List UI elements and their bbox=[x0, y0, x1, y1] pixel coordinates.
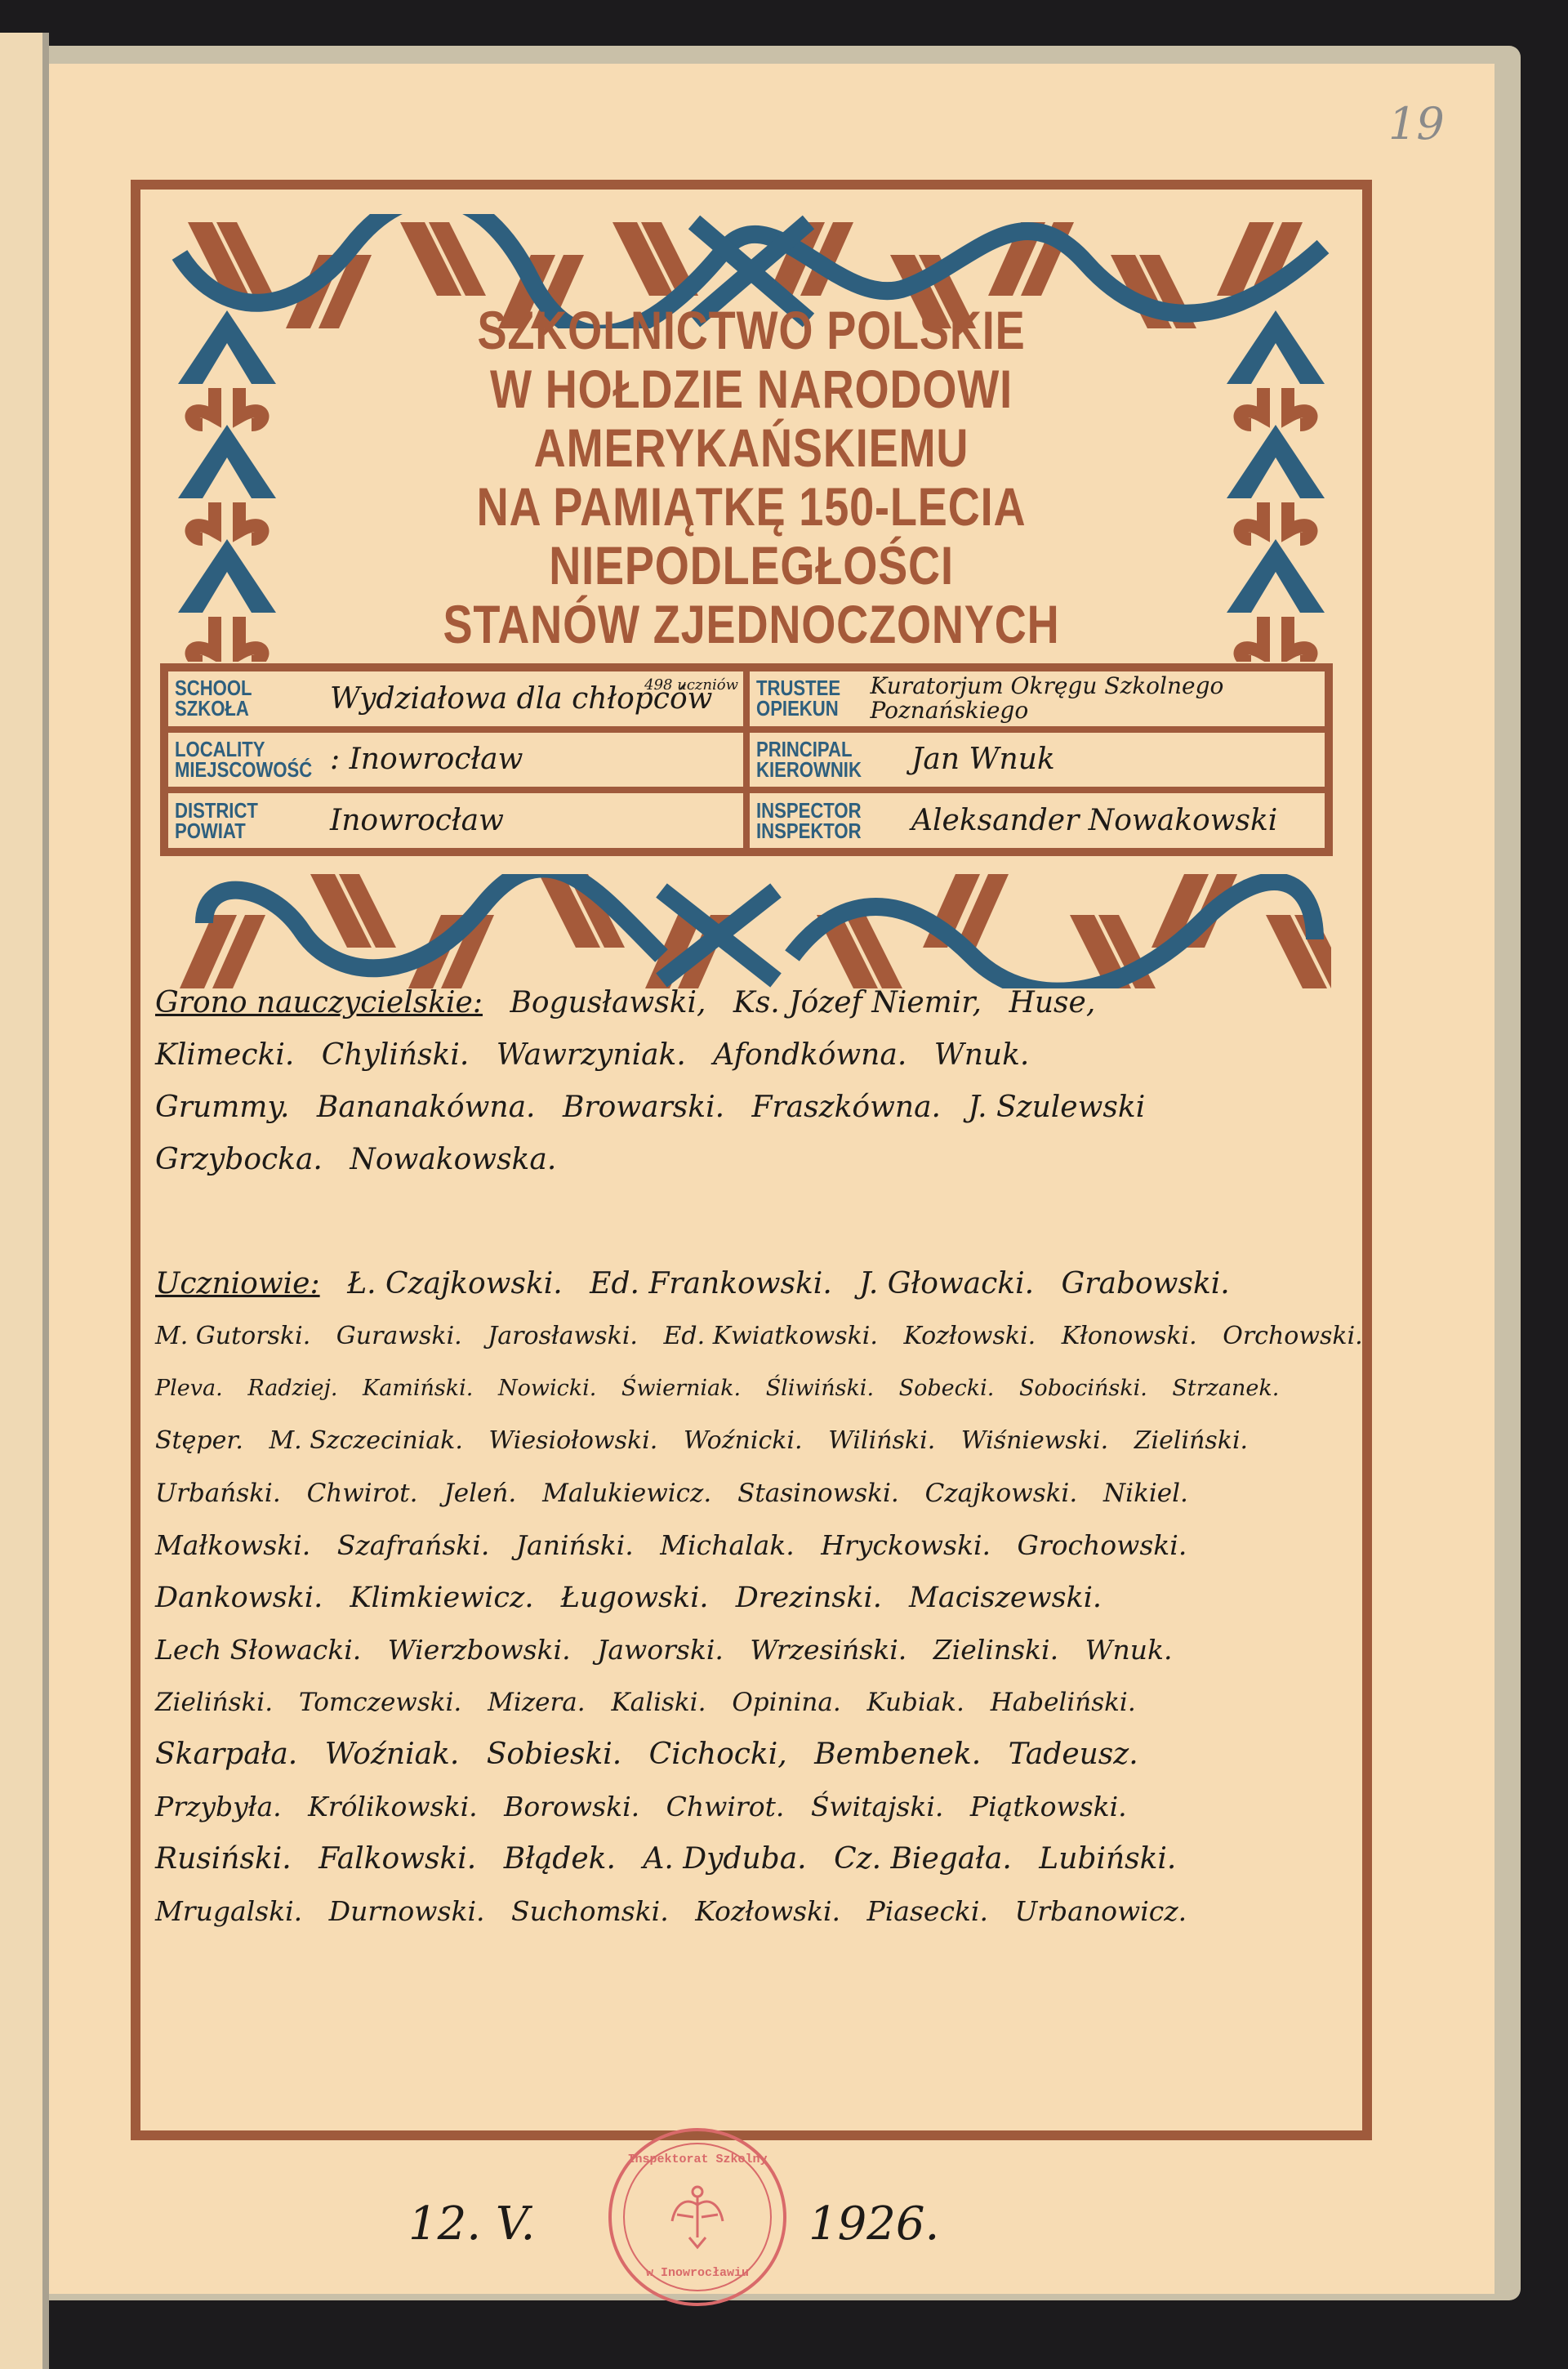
student-name: Mrugalski. bbox=[155, 1895, 302, 1927]
student-name: Jarosławski. bbox=[488, 1322, 638, 1350]
students-line: M. Gutorski. Gurawski. Jarosławski. Ed. … bbox=[155, 1310, 1364, 1363]
student-name: Królikowski. bbox=[308, 1791, 478, 1822]
locality-cell: LOCALITYMIEJSCOWOŚĆ : Inowrocław bbox=[168, 733, 743, 787]
teacher-name: Wnuk. bbox=[934, 1038, 1030, 1072]
locality-label-pl: MIEJSCOWOŚĆ bbox=[175, 760, 300, 780]
teachers-section: Grono nauczycielskie: Bogusławski, Ks. J… bbox=[155, 977, 1364, 1186]
student-name: Sobecki. bbox=[899, 1376, 995, 1401]
teacher-name: Bananakówna. bbox=[317, 1091, 536, 1124]
student-name: Tomczewski. bbox=[299, 1688, 461, 1717]
teachers-line: Grzybocka. Nowakowska. bbox=[155, 1134, 1364, 1186]
teacher-name: Huse, bbox=[1009, 986, 1095, 1019]
district-label-pl: POWIAT bbox=[175, 821, 300, 841]
teacher-name: Bogusławski, bbox=[510, 986, 706, 1019]
student-name: Wrzesiński. bbox=[750, 1634, 906, 1666]
student-name: Hryckowski. bbox=[821, 1529, 991, 1561]
student-name: Błądek. bbox=[504, 1842, 616, 1876]
student-name: Świtajski. bbox=[811, 1791, 944, 1822]
student-name: Malukiewicz. bbox=[542, 1479, 711, 1508]
students-line: Stęper. M. Szczeciniak. Wiesiołowski. Wo… bbox=[155, 1415, 1364, 1467]
school-cell: SCHOOLSZKOŁA Wydziałowa dla chłopców 498… bbox=[168, 671, 743, 726]
date-day-month: 12. V. bbox=[408, 2197, 535, 2251]
students-line: Pleva. Radziej. Kamiński. Nowicki. Świer… bbox=[155, 1363, 1364, 1415]
district-cell: DISTRICTPOWIAT Inowrocław bbox=[168, 793, 743, 848]
student-name: Wierzbowski. bbox=[388, 1634, 571, 1666]
student-name: Opinina. bbox=[732, 1688, 840, 1717]
title-line: STANÓW ZJEDNOCZONYCH bbox=[376, 595, 1126, 654]
student-name: Sobieski. bbox=[487, 1738, 621, 1771]
locality-value: : Inowrocław bbox=[330, 743, 523, 776]
teacher-name: Grzybocka. bbox=[155, 1143, 323, 1176]
teacher-name: Grummy. bbox=[155, 1091, 289, 1124]
teachers-line: Grono nauczycielskie: Bogusławski, Ks. J… bbox=[155, 977, 1364, 1029]
student-name: Małkowski. bbox=[155, 1529, 310, 1561]
student-name: Habeliński. bbox=[991, 1688, 1136, 1717]
student-name: Kamiński. bbox=[363, 1376, 473, 1401]
student-name: Wiśniewski. bbox=[961, 1426, 1108, 1455]
student-name: Nowicki. bbox=[498, 1376, 596, 1401]
trustee-value: Kuratorjum Okręgu Szkolnego Poznańskiego bbox=[870, 674, 1318, 723]
district-value: Inowrocław bbox=[330, 804, 504, 837]
student-name: Kozłowski. bbox=[904, 1322, 1036, 1350]
student-name: Śliwiński. bbox=[766, 1376, 874, 1401]
inspector-cell: INSPECTORINSPEKTOR Aleksander Nowakowski bbox=[750, 793, 1325, 848]
students-line: Mrugalski. Durnowski. Suchomski. Kozłows… bbox=[155, 1885, 1364, 1938]
student-name: Czajkowski. bbox=[925, 1479, 1078, 1508]
student-name: Stasinowski. bbox=[737, 1479, 899, 1508]
student-name: Ed. Kwiatkowski. bbox=[664, 1322, 878, 1350]
student-name: Ed. Frankowski. bbox=[590, 1267, 832, 1300]
students-line: Małkowski. Szafrański. Janiński. Michala… bbox=[155, 1519, 1364, 1572]
title-line: NIEPODLEGŁOŚCI bbox=[376, 536, 1126, 595]
student-name: Kozłowski. bbox=[695, 1895, 840, 1927]
student-name: Jeleń. bbox=[443, 1479, 516, 1508]
student-name: J. Głowacki. bbox=[859, 1267, 1034, 1300]
student-name: Sobociński. bbox=[1019, 1376, 1147, 1401]
student-name: Lubiński. bbox=[1039, 1842, 1176, 1876]
teacher-name: J. Szulewski bbox=[968, 1091, 1145, 1124]
teacher-name: Fraszkówna. bbox=[751, 1091, 941, 1124]
student-name: Wiliński. bbox=[828, 1426, 935, 1455]
student-name: Zieliński. bbox=[155, 1688, 273, 1717]
students-line: Zieliński. Tomczewski. Mizera. Kaliski. … bbox=[155, 1676, 1364, 1729]
student-name: Świerniak. bbox=[621, 1376, 741, 1401]
student-name: Janiński. bbox=[516, 1529, 634, 1561]
teachers-heading: Grono nauczycielskie: bbox=[155, 986, 483, 1019]
teacher-name: Ks. Józef Niemir, bbox=[733, 986, 982, 1019]
student-name: Durnowski. bbox=[329, 1895, 485, 1927]
teacher-name: Browarski. bbox=[563, 1091, 724, 1124]
student-name: Szafrański. bbox=[337, 1529, 490, 1561]
side-ornament-left bbox=[170, 310, 284, 662]
student-name: Kłonowski. bbox=[1062, 1322, 1197, 1350]
side-ornament-right bbox=[1218, 310, 1333, 662]
teachers-line: Klimecki. Chyliński. Wawrzyniak. Afondkó… bbox=[155, 1029, 1364, 1082]
student-name: Lech Słowacki. bbox=[155, 1634, 361, 1666]
title-line: W HOŁDZIE NARODOWI bbox=[376, 359, 1126, 418]
trustee-cell: TRUSTEEOPIEKUN Kuratorjum Okręgu Szkolne… bbox=[750, 671, 1325, 726]
principal-cell: PRINCIPALKIEROWNIK Jan Wnuk bbox=[750, 733, 1325, 787]
teacher-name: Afondkówna. bbox=[713, 1038, 906, 1072]
students-line: Przybyła. Królikowski. Borowski. Chwirot… bbox=[155, 1781, 1364, 1833]
title-line: SZKOLNICTWO POLSKIE bbox=[376, 301, 1126, 359]
student-name: Wiesiołowski. bbox=[488, 1426, 657, 1455]
student-name: Cichocki, bbox=[649, 1738, 787, 1771]
student-name: Wnuk. bbox=[1085, 1634, 1173, 1666]
student-name: Urbański. bbox=[155, 1479, 281, 1508]
student-name: Zielinski. bbox=[933, 1634, 1058, 1666]
students-line: Urbański. Chwirot. Jeleń. Malukiewicz. S… bbox=[155, 1467, 1364, 1519]
document-title: SZKOLNICTWO POLSKIE W HOŁDZIE NARODOWI A… bbox=[376, 301, 1126, 654]
inspector-label-pl: INSPEKTOR bbox=[756, 821, 881, 841]
stamp-top-text: Inspektorat Szkolny bbox=[612, 2153, 783, 2166]
student-name: Tadeusz. bbox=[1009, 1738, 1138, 1771]
wave-ornament-bottom bbox=[171, 874, 1331, 988]
title-line: AMERYKAŃSKIEMU bbox=[376, 418, 1126, 477]
student-name: Klimkiewicz. bbox=[350, 1582, 533, 1614]
student-name: Bembenek. bbox=[814, 1738, 981, 1771]
student-name: Kubiak. bbox=[867, 1688, 964, 1717]
previous-page-edge bbox=[0, 33, 49, 2369]
student-name: Jaworski. bbox=[597, 1634, 724, 1666]
inspector-value: Aleksander Nowakowski bbox=[911, 804, 1277, 837]
students-line: Skarpała. Woźniak. Sobieski. Cichocki, B… bbox=[155, 1729, 1364, 1781]
student-name: Ługowski. bbox=[561, 1582, 709, 1614]
students-line: Rusiński. Falkowski. Błądek. A. Dyduba. … bbox=[155, 1833, 1364, 1885]
student-name: Radziej. bbox=[247, 1376, 337, 1401]
student-name: Zieliński. bbox=[1134, 1426, 1248, 1455]
students-line: Dankowski. Klimkiewicz. Ługowski. Drezin… bbox=[155, 1572, 1364, 1624]
student-name: Orchowski. bbox=[1223, 1322, 1363, 1350]
students-section: Uczniowie: Ł. Czajkowski. Ed. Frankowski… bbox=[155, 1258, 1364, 1938]
student-name: Przybyła. bbox=[155, 1791, 282, 1822]
student-name: Ł. Czajkowski. bbox=[347, 1267, 563, 1300]
principal-value: Jan Wnuk bbox=[911, 743, 1055, 776]
stamp-bottom-text: w Inowrocławiu bbox=[612, 2266, 783, 2280]
student-name: Falkowski. bbox=[318, 1842, 476, 1876]
student-name: Stęper. bbox=[155, 1426, 243, 1455]
student-name: Woźniak. bbox=[325, 1738, 460, 1771]
official-stamp: Inspektorat Szkolny w Inowrocławiu bbox=[608, 2128, 786, 2306]
teachers-line: Grummy. Bananakówna. Browarski. Fraszków… bbox=[155, 1082, 1364, 1134]
student-name: Chwirot. bbox=[307, 1479, 418, 1508]
student-name: Maciszewski. bbox=[909, 1582, 1102, 1614]
principal-label-pl: KIEROWNIK bbox=[756, 760, 881, 780]
school-info-table: SCHOOLSZKOŁA Wydziałowa dla chłopców 498… bbox=[160, 663, 1333, 856]
students-line: Lech Słowacki. Wierzbowski. Jaworski. Wr… bbox=[155, 1624, 1364, 1676]
student-name: M. Gutorski. bbox=[155, 1322, 310, 1350]
student-name: Gurawski. bbox=[336, 1322, 462, 1350]
teacher-name: Chyliński. bbox=[322, 1038, 470, 1072]
student-name: Mizera. bbox=[488, 1688, 586, 1717]
student-name: Suchomski. bbox=[511, 1895, 669, 1927]
folio-number: 19 bbox=[1388, 98, 1445, 149]
student-name: Michalak. bbox=[660, 1529, 794, 1561]
school-label-pl: SZKOŁA bbox=[175, 698, 300, 719]
student-count-note: 498 uczniów bbox=[644, 676, 738, 694]
trustee-label-pl: OPIEKUN bbox=[756, 698, 846, 719]
teacher-name: Nowakowska. bbox=[350, 1143, 556, 1176]
students-line: Uczniowie: Ł. Czajkowski. Ed. Frankowski… bbox=[155, 1258, 1364, 1310]
student-name: Nikiel. bbox=[1103, 1479, 1188, 1508]
student-name: Pleva. bbox=[155, 1376, 223, 1401]
student-name: Kaliski. bbox=[612, 1688, 706, 1717]
student-name: Cz. Biegała. bbox=[834, 1842, 1012, 1876]
student-name: Grochowski. bbox=[1018, 1529, 1187, 1561]
date-year: 1926. bbox=[808, 2197, 939, 2251]
student-name: Rusiński. bbox=[155, 1842, 292, 1876]
eagle-emblem-icon bbox=[669, 2180, 726, 2254]
student-name: Grabowski. bbox=[1062, 1267, 1230, 1300]
student-name: Borowski. bbox=[504, 1791, 639, 1822]
student-name: Drezinski. bbox=[736, 1582, 882, 1614]
student-name: Strzanek. bbox=[1172, 1376, 1279, 1401]
student-name: Chwirot. bbox=[666, 1791, 785, 1822]
students-heading: Uczniowie: bbox=[155, 1267, 320, 1300]
student-name: Skarpała. bbox=[155, 1738, 297, 1771]
student-name: Woźnicki. bbox=[684, 1426, 803, 1455]
student-name: Piasecki. bbox=[867, 1895, 988, 1927]
student-name: Urbanowicz. bbox=[1014, 1895, 1187, 1927]
teacher-name: Wawrzyniak. bbox=[497, 1038, 686, 1072]
title-line: NA PAMIĄTKĘ 150-LECIA bbox=[376, 477, 1126, 536]
student-name: Piątkowski. bbox=[970, 1791, 1127, 1822]
teacher-name: Klimecki. bbox=[155, 1038, 294, 1072]
student-name: A. Dyduba. bbox=[643, 1842, 806, 1876]
student-name: M. Szczeciniak. bbox=[269, 1426, 462, 1455]
student-name: Dankowski. bbox=[155, 1582, 323, 1614]
